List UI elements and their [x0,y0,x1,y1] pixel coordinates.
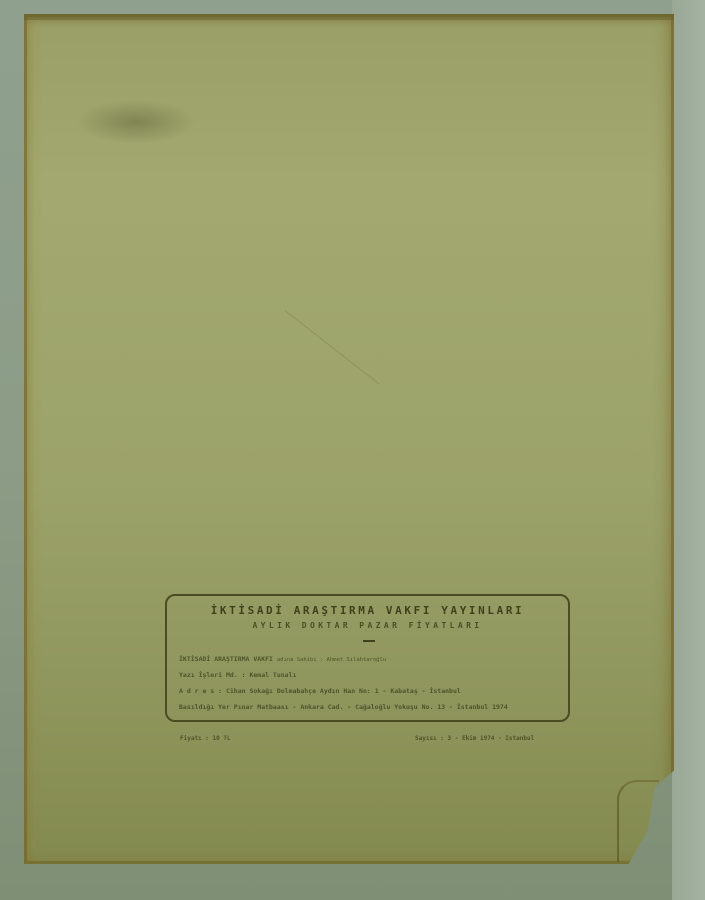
imprint-title: İKTİSADİ ARAŞTIRMA VAKFI YAYINLARI [167,604,568,617]
price-label: Fiyatı : 10 TL [180,735,231,742]
torn-corner [617,780,659,862]
imprint-line-address: A d r e s : Cihan Sokağı Dolmabahçe Aydı… [179,687,461,695]
imprint-line-owner: İKTİSADİ ARAŞTIRMA VAKFI adına Sahibi : … [179,655,386,663]
issue-info: Sayısı : 3 - Ekim 1974 - İstanbul [415,735,534,742]
divider [363,640,375,642]
imprint-line-text: Pınar Matbaası - Ankara Cad. - Cağaloğlu… [234,703,508,711]
paper-top-edge [24,14,674,20]
imprint-line-label: Basıldığı Yer [179,703,230,711]
imprint-line-label: Yazı İşleri Md. [179,671,238,679]
imprint-line-text: : Cihan Sokağı Dolmabahçe Aydın Han No: … [218,687,461,695]
imprint-line-text: : Kemal Tunalı [242,671,297,679]
imprint-line-text: adına Sahibi : Ahmet Sılahtaroğlu [277,657,386,663]
imprint-line-label: A d r e s [179,687,214,695]
imprint-subtitle: AYLIK DOKTAR PAZAR FİYATLARI [167,621,568,630]
publisher-imprint-box: İKTİSADİ ARAŞTIRMA VAKFI YAYINLARI AYLIK… [165,594,570,722]
background-surface [672,0,705,900]
imprint-line-editor: Yazı İşleri Md. : Kemal Tunalı [179,671,296,679]
imprint-line-label: İKTİSADİ ARAŞTIRMA VAKFI [179,655,273,663]
imprint-line-printer: Basıldığı Yer Pınar Matbaası - Ankara Ca… [179,703,508,711]
paper-sheet [24,14,674,864]
